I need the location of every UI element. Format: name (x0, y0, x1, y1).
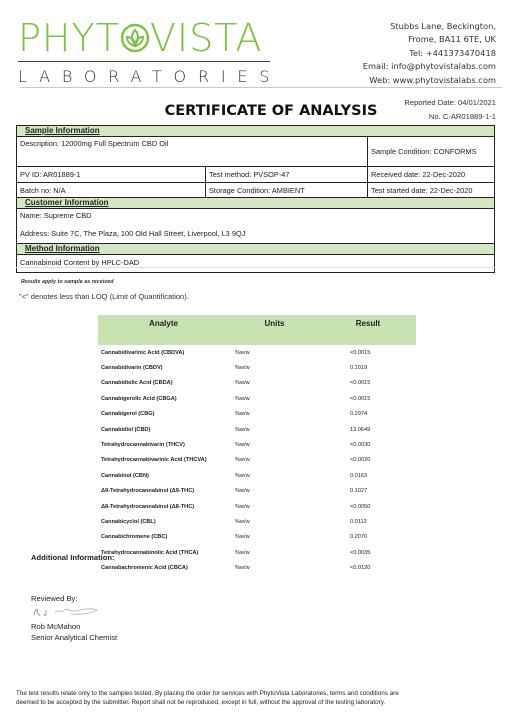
cell-result: <0.0030 (320, 437, 416, 452)
cell-result: <0.0050 (320, 499, 416, 514)
column-header-result: Result (320, 315, 416, 345)
logo-text-part2: VISTA (150, 16, 263, 60)
address-line-1: Stubbs Lane, Beckington, (363, 20, 496, 33)
table-row: Cannabinol (CBN)%w/w0.0163 (98, 468, 416, 483)
leaf-circle-icon (120, 23, 150, 53)
cell-units: %w/w (229, 422, 320, 437)
column-header-analyte: Analyte (98, 315, 229, 345)
cell-analyte: Cannabidiolic Acid (CBDA) (98, 376, 229, 391)
cell-units: %w/w (229, 484, 320, 499)
table-row: Tetrahydrocannabivarin (THCV)%w/w<0.0030 (98, 437, 416, 452)
website: Web: www.phytovistalabs.com (363, 74, 496, 87)
loq-note: "<" denotes less than LOQ (Limit of Quan… (19, 292, 189, 301)
reviewed-by-label: Reviewed By: (31, 593, 117, 604)
customer-information-heading: Customer Information (17, 197, 494, 209)
cell-units: %w/w (229, 407, 320, 422)
test-method: Test method: PVSOP-47 (205, 167, 367, 182)
cell-units: %w/w (229, 376, 320, 391)
table-row: Cannabidivarinic Acid (CBDVA)%w/w<0.0015 (98, 345, 416, 360)
cell-analyte: Cannabichromene (CBC) (98, 530, 229, 545)
cell-result: 0.1027 (320, 484, 416, 499)
cell-units: %w/w (229, 360, 320, 375)
cell-analyte: Tetrahydrocannabivarin (THCV) (98, 437, 229, 452)
cell-units: %w/w (229, 453, 320, 468)
sample-information-block: Sample Information Description: 12000mg … (16, 125, 495, 199)
sample-information-heading: Sample Information (17, 126, 494, 137)
cell-units: %w/w (229, 545, 320, 560)
cell-analyte: Cannabidivarinic Acid (CBDVA) (98, 345, 229, 360)
footer-line-1: The test results relate only to the samp… (16, 689, 506, 698)
results-apply-note: Results apply to sample as received (21, 279, 114, 285)
logo-divider (18, 61, 270, 62)
cell-result: <0.0035 (320, 545, 416, 560)
cell-result: <0.0120 (320, 560, 416, 575)
method-information-heading: Method Information (17, 243, 494, 255)
sample-condition: Sample Condition: CONFORMS (367, 137, 494, 166)
cell-result: <0.0020 (320, 453, 416, 468)
table-row: Cannabachromenic Acid (CBCA)%w/w<0.0120 (98, 560, 416, 575)
results-table: Analyte Units Result Cannabidivarinic Ac… (98, 315, 416, 576)
cell-result: 0.0163 (320, 468, 416, 483)
table-row: Cannabichromene (CBC)%w/w0.2070 (98, 530, 416, 545)
notes-divider (16, 267, 495, 268)
cell-result: <0.0015 (320, 376, 416, 391)
test-started-date: Test started date: 22-Dec-2020 (367, 183, 494, 198)
customer-information-block: Customer Information Name: Supreme CBD A… (16, 197, 495, 273)
table-row: Cannabidivarin (CBDV)%w/w0.1019 (98, 360, 416, 375)
storage-condition: Storage Condition: AMBIENT (205, 183, 367, 198)
cell-units: %w/w (229, 530, 320, 545)
company-logo: PHYT VISTA LABORATORIES (18, 18, 280, 86)
cell-analyte: Cannabicyclol (CBL) (98, 514, 229, 529)
method-description: Cannabinoid Content by HPLC-DAD (17, 255, 494, 272)
results-header-row: Analyte Units Result (98, 315, 416, 345)
cell-result: <0.0015 (320, 345, 416, 360)
table-row: Δ9-Tetrahydrocannabinol (Δ9-THC)%w/w0.10… (98, 484, 416, 499)
cell-analyte: Cannabachromenic Acid (CBCA) (98, 560, 229, 575)
cell-analyte: Tetrahydrocannabinolic Acid (THCA) (98, 545, 229, 560)
cell-analyte: Cannabidiol (CBD) (98, 422, 229, 437)
description: Description: 12000mg Full Spectrum CBD O… (17, 137, 367, 166)
cell-result: 0.1019 (320, 360, 416, 375)
cell-units: %w/w (229, 437, 320, 452)
cell-units: %w/w (229, 468, 320, 483)
id-row: PV ID: AR01889-1 Test method: PVSOP-47 R… (17, 167, 494, 183)
logo-wordmark: PHYT VISTA (18, 18, 280, 58)
address-line-2: Frome, BA11 6TE, UK (363, 33, 496, 46)
batch-row: Batch no: N/A Storage Condition: AMBIENT… (17, 183, 494, 198)
table-row: Cannabidiolic Acid (CBDA)%w/w<0.0015 (98, 376, 416, 391)
cell-result: 0.2070 (320, 530, 416, 545)
customer-address: Address: Suite 7C, The Plaza, 100 Old Ha… (17, 227, 494, 243)
description-row: Description: 12000mg Full Spectrum CBD O… (17, 137, 494, 167)
cell-result: 0.0112 (320, 514, 416, 529)
cell-analyte: Cannabinol (CBN) (98, 468, 229, 483)
table-row: Cannabigerol (CBG)%w/w0.2974 (98, 407, 416, 422)
review-section: Reviewed By: Rob McMahon Senior Analytic… (31, 593, 117, 643)
cell-result: 13.0649 (320, 422, 416, 437)
cell-units: %w/w (229, 514, 320, 529)
telephone: Tel: +441373470418 (363, 47, 496, 60)
company-contact: Stubbs Lane, Beckington, Frome, BA11 6TE… (363, 20, 496, 87)
cell-units: %w/w (229, 345, 320, 360)
logo-subtitle: LABORATORIES (18, 67, 280, 86)
page-title: CERTIFICATE OF ANALYSIS (0, 103, 512, 119)
cell-analyte: Cannabigerolic Acid (CBGA) (98, 391, 229, 406)
cell-units: %w/w (229, 391, 320, 406)
email: Email: info@phytovistalabs.com (363, 60, 496, 73)
cell-result: 0.2974 (320, 407, 416, 422)
cell-analyte: Δ8-Tetrahydrocannabinol (Δ8-THC) (98, 499, 229, 514)
table-row: Tetrahydrocannabivarinic Acid (THCVA)%w/… (98, 453, 416, 468)
cell-result: <0.0015 (320, 391, 416, 406)
reviewer-title: Senior Analytical Chemist (31, 632, 117, 643)
table-row: Cannabidiol (CBD)%w/w13.0649 (98, 422, 416, 437)
table-row: Δ8-Tetrahydrocannabinol (Δ8-THC)%w/w<0.0… (98, 499, 416, 514)
cell-analyte: Δ9-Tetrahydrocannabinol (Δ9-THC) (98, 484, 229, 499)
footer-line-2: deemed to be accepted by the submitter. … (16, 698, 506, 707)
table-row: Cannabigerolic Acid (CBGA)%w/w<0.0015 (98, 391, 416, 406)
table-row: Cannabicyclol (CBL)%w/w0.0112 (98, 514, 416, 529)
cell-analyte: Cannabidivarin (CBDV) (98, 360, 229, 375)
header-divider (20, 87, 502, 88)
batch-no: Batch no: N/A (17, 183, 205, 198)
reviewer-name: Rob McMahon (31, 621, 117, 632)
customer-name: Name: Supreme CBD (17, 209, 494, 227)
cell-analyte: Tetrahydrocannabivarinic Acid (THCVA) (98, 453, 229, 468)
pv-id: PV ID: AR01889-1 (17, 167, 205, 182)
cell-analyte: Cannabigerol (CBG) (98, 407, 229, 422)
logo-text-part1: PHYT (18, 16, 120, 60)
table-row: Tetrahydrocannabinolic Acid (THCA)%w/w<0… (98, 545, 416, 560)
cell-units: %w/w (229, 499, 320, 514)
received-date: Received date: 22-Dec-2020 (367, 167, 494, 182)
column-header-units: Units (229, 315, 320, 345)
additional-information-label: Additional Information: (31, 553, 115, 562)
signature-icon (31, 604, 101, 618)
cell-units: %w/w (229, 560, 320, 575)
footer-disclaimer: The test results relate only to the samp… (16, 689, 506, 707)
